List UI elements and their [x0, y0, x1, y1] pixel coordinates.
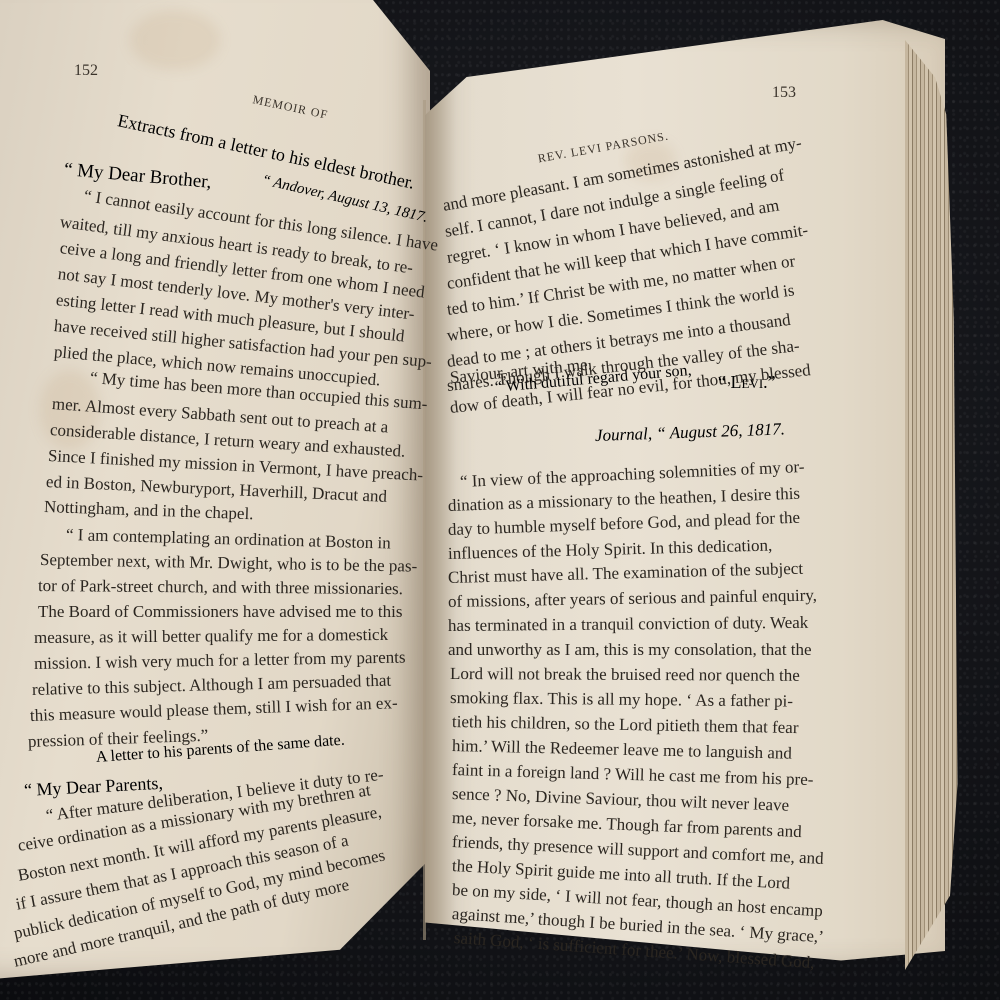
text-line: has terminated in a tranquil conviction … — [448, 613, 808, 636]
signature-levi: “ Levi.” — [718, 372, 776, 392]
text-line: tor of Park-street church, and with thre… — [38, 576, 403, 599]
text-line: Lord will not break the bruised reed nor… — [450, 664, 800, 686]
text-line: smoking flax. This is all my hope. ‘ As … — [450, 688, 793, 712]
paper-stain — [130, 10, 220, 70]
text-line: measure, as it will better qualify me fo… — [34, 625, 388, 648]
text-line: and unworthy as I am, this is my consola… — [448, 640, 812, 660]
text-line: The Board of Commissioners have advised … — [38, 602, 403, 622]
page-number-left: 152 — [74, 62, 98, 80]
page-number-right: 153 — [772, 84, 796, 102]
